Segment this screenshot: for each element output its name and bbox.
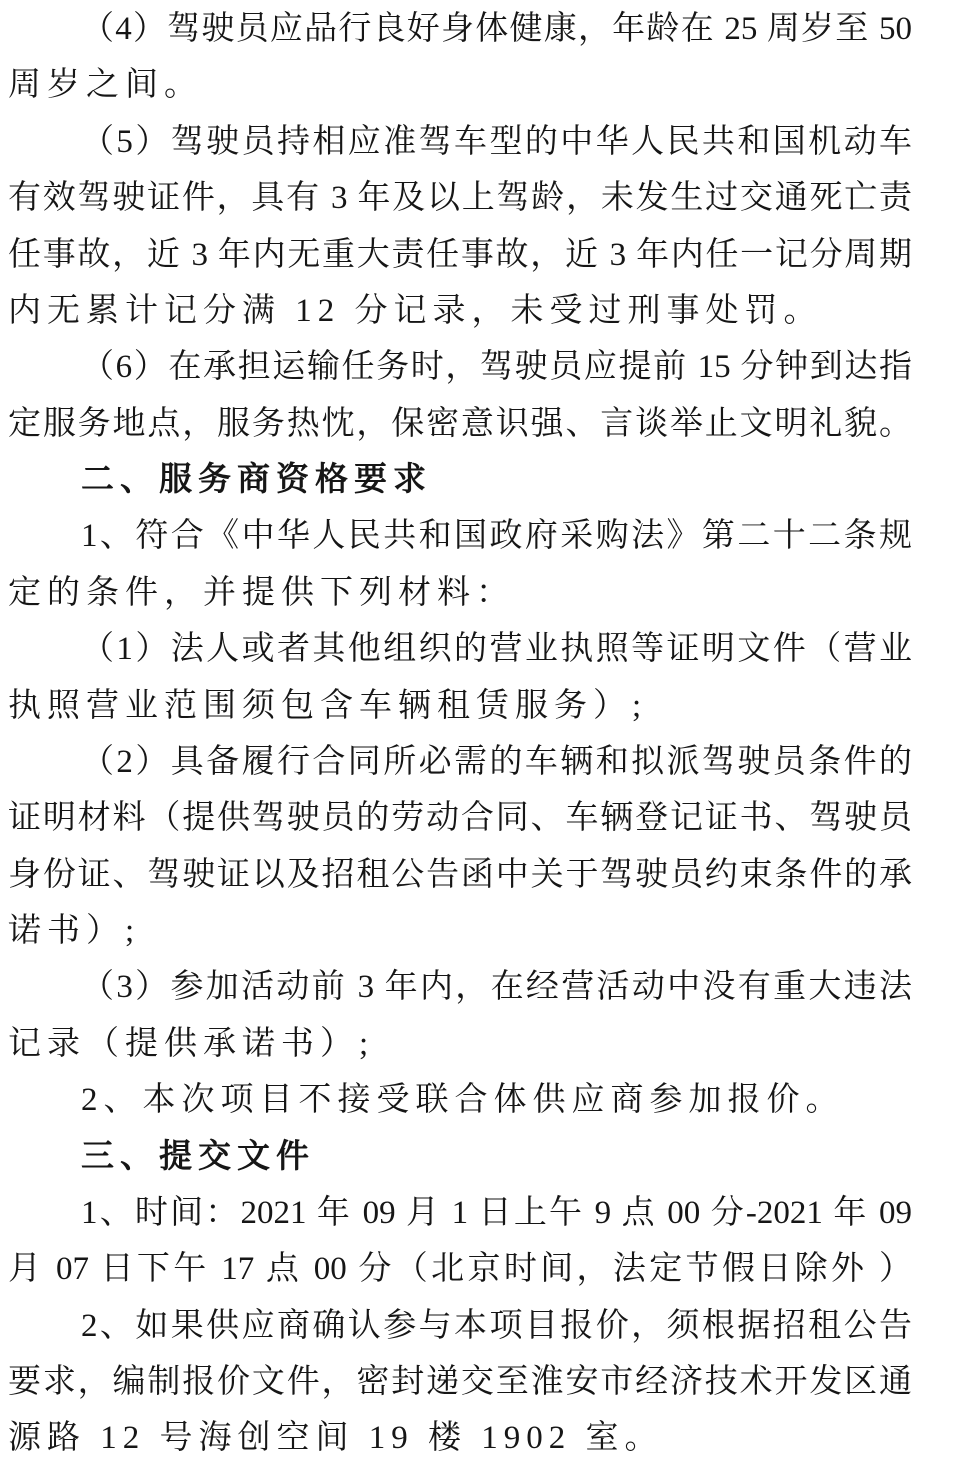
text-line: 身份证、驾驶证以及招租公告函中关于驾驶员约束条件的承 — [8, 847, 912, 903]
text-line: 内无累计记分满 12 分记录，未受过刑事处罚。 — [8, 283, 912, 339]
text-line: 月 07 日下午 17 点 00 分（北京时间，法定节假日除外 ） — [8, 1241, 912, 1297]
text-line: （5）驾驶员持相应准驾车型的中华人民共和国机动车 — [8, 114, 912, 170]
text-line: 2、本次项目不接受联合体供应商参加报价。 — [8, 1072, 912, 1128]
text-line: 1、符合《中华人民共和国政府采购法》第二十二条规 — [8, 508, 912, 564]
text-line: 记录（提供承诺书）; — [8, 1016, 912, 1072]
text-line: （6）在承担运输任务时，驾驶员应提前 15 分钟到达指 — [8, 339, 912, 395]
text-line: 诺书）; — [8, 903, 912, 959]
text-line: 2、如果供应商确认参与本项目报价，须根据招租公告 — [8, 1298, 912, 1354]
document-body: （4）驾驶员应品行良好身体健康，年龄在 25 周岁至 50周岁之间。（5）驾驶员… — [8, 1, 912, 1467]
text-line: 周岁之间。 — [8, 57, 912, 113]
document-page: （4）驾驶员应品行良好身体健康，年龄在 25 周岁至 50周岁之间。（5）驾驶员… — [0, 0, 960, 1467]
text-line: 要求，编制报价文件，密封递交至淮安市经济技术开发区通 — [8, 1354, 912, 1410]
section-heading: 二、服务商资格要求 — [8, 452, 912, 508]
text-line: 源路 12 号海创空间 19 楼 1902 室。 — [8, 1410, 912, 1466]
text-line: 定服务地点，服务热忱，保密意识强、言谈举止文明礼貌。 — [8, 396, 912, 452]
text-line: 有效驾驶证件，具有 3 年及以上驾龄，未发生过交通死亡责 — [8, 170, 912, 226]
text-line: 执照营业范围须包含车辆租赁服务）; — [8, 678, 912, 734]
text-line: 定的条件，并提供下列材料： — [8, 565, 912, 621]
text-line: （4）驾驶员应品行良好身体健康，年龄在 25 周岁至 50 — [8, 1, 912, 57]
text-line: （3）参加活动前 3 年内，在经营活动中没有重大违法 — [8, 959, 912, 1015]
text-line: 1、时间：2021 年 09 月 1 日上午 9 点 00 分-2021 年 0… — [8, 1185, 912, 1241]
section-heading: 三、提交文件 — [8, 1129, 912, 1185]
text-line: （2）具备履行合同所必需的车辆和拟派驾驶员条件的 — [8, 734, 912, 790]
text-line: 证明材料（提供驾驶员的劳动合同、车辆登记证书、驾驶员 — [8, 790, 912, 846]
text-line: （1）法人或者其他组织的营业执照等证明文件（营业 — [8, 621, 912, 677]
text-line: 任事故，近 3 年内无重大责任事故，近 3 年内任一记分周期 — [8, 227, 912, 283]
